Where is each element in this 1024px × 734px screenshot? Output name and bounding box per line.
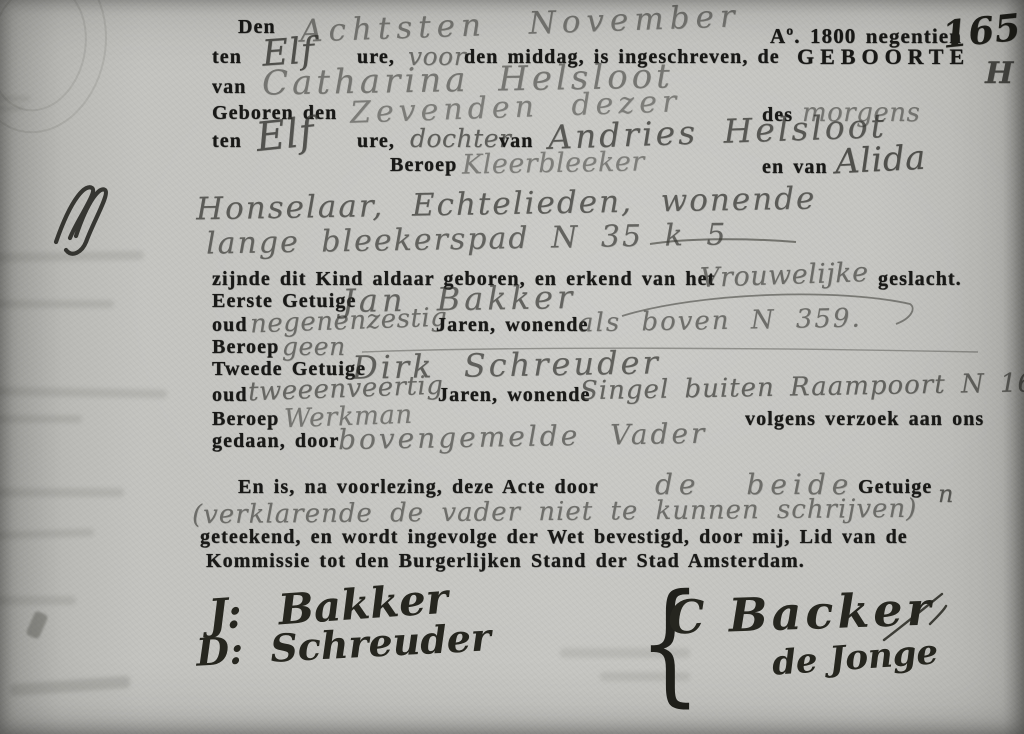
- printed-closing-line3: geteekend, en wordt ingevolge der Wet be…: [200, 526, 908, 549]
- bleedthrough-mark: [0, 528, 94, 539]
- bleedthrough-mark: [0, 415, 82, 423]
- bleedthrough-mark: [0, 106, 24, 111]
- handwritten-requested-by: bovengemelde Vader: [338, 417, 708, 456]
- bleedthrough-mark: [0, 488, 124, 497]
- printed-beroep-label-father: Beroep: [390, 154, 457, 177]
- bleedthrough-mark: [0, 596, 76, 605]
- margin-paraph-flourish: [42, 178, 132, 268]
- printed-ten-label-2: ten: [212, 130, 242, 153]
- signature-flourish: [880, 590, 950, 650]
- handwritten-registration-date: Achtsten November: [300, 0, 742, 50]
- printed-witness1-jaren-label: Jaren, wonende: [436, 314, 588, 337]
- address-flourish-line: [648, 234, 798, 250]
- handwritten-witness1-residence: als boven N 359.: [578, 304, 862, 339]
- printed-witness2-beroep-label: Beroep: [212, 408, 279, 431]
- printed-en-van-label: en van: [762, 156, 828, 179]
- printed-van-label: van: [212, 76, 246, 99]
- bleedthrough-mark: [10, 676, 131, 696]
- scanned-birth-record: Den Achtsten November Aº. 1800 negentien…: [0, 0, 1024, 734]
- handwritten-witness1-occupation: geen: [282, 332, 346, 361]
- bleedthrough-mark: [0, 386, 167, 398]
- ink-blot: [25, 610, 48, 639]
- handwritten-witness1-age: negenenzestig: [250, 303, 448, 340]
- printed-ten-label: ten: [212, 46, 242, 69]
- printed-ure-label-2: ure,: [357, 130, 395, 153]
- handwritten-birth-hour: Elf: [254, 109, 317, 161]
- printed-geboorte-label: GEBOORTE: [797, 44, 970, 70]
- bleedthrough-mark: [0, 96, 30, 101]
- bleedthrough-mark: [0, 300, 114, 308]
- handwritten-margin-mark: H: [985, 56, 1014, 91]
- printed-witness1-beroep-label: Beroep: [212, 336, 279, 359]
- handwritten-father-occupation: Kleerbleeker: [462, 146, 645, 180]
- handwritten-annotation: (verklarende de vader niet te kunnen sch…: [192, 494, 918, 530]
- printed-request-clause-2: gedaan, door: [212, 430, 339, 453]
- printed-request-clause: volgens verzoek aan ons: [745, 408, 984, 431]
- printed-witness2-jaren-label: Jaren, wonende: [438, 384, 590, 407]
- printed-closing-line1: En is, na voorlezing, deze Acte door: [238, 476, 599, 499]
- printed-closing-line4: Kommissie tot den Burgerlijken Stand der…: [206, 550, 805, 573]
- handwritten-getuige-suffix: n: [938, 480, 954, 508]
- handwritten-mother-first-name: Alida: [834, 138, 927, 183]
- printed-witness2-oud-label: oud: [212, 384, 248, 407]
- printed-witness1-oud-label: oud: [212, 314, 248, 337]
